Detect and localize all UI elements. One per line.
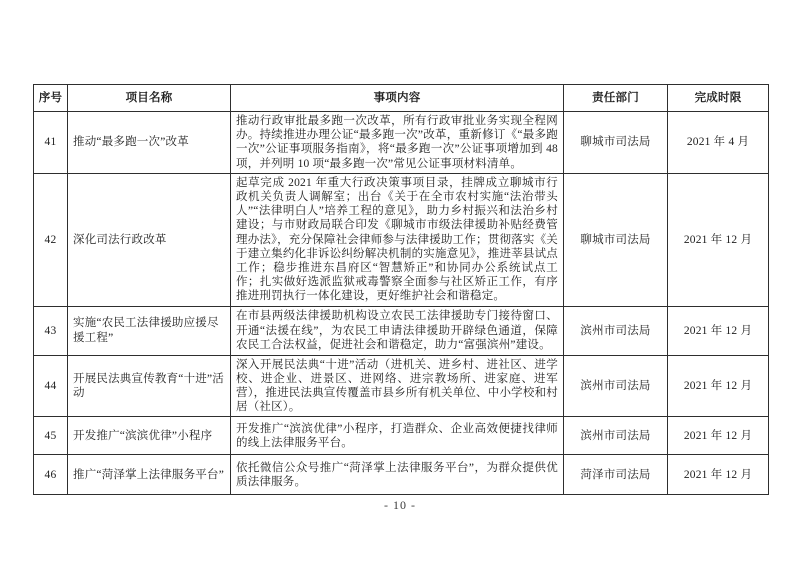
page-number: - 10 -	[0, 498, 800, 513]
header-序号: 序号	[34, 85, 68, 112]
row-number: 41	[34, 112, 68, 174]
item-content: 起草完成 2021 年重大行政决策事项目录，挂牌成立聊城市行政机关负责人调解室；…	[231, 173, 564, 306]
responsible-department: 滨州市司法局	[564, 417, 668, 455]
table-row: 44 开展民法典宣传教育“十进”活动 深入开展民法典“十进”活动（进机关、进乡村…	[34, 355, 769, 417]
responsible-department: 滨州市司法局	[564, 306, 668, 355]
row-number: 46	[34, 455, 68, 495]
project-name: 深化司法行政改革	[68, 173, 231, 306]
header-项目名称: 项目名称	[68, 85, 231, 112]
project-name: 推动“最多跑一次”改革	[68, 112, 231, 174]
completion-deadline: 2021 年 12 月	[668, 355, 769, 417]
header-事项内容: 事项内容	[231, 85, 564, 112]
table-row: 41 推动“最多跑一次”改革 推动行政审批最多跑一次改革，所有行政审批业务实现全…	[34, 112, 769, 174]
completion-deadline: 2021 年 4 月	[668, 112, 769, 174]
table-row: 42 深化司法行政改革 起草完成 2021 年重大行政决策事项目录，挂牌成立聊城…	[34, 173, 769, 306]
responsible-department: 菏泽市司法局	[564, 455, 668, 495]
table-row: 43 实施“农民工法律援助应援尽援工程” 在市县两级法律援助机构设立农民工法律援…	[34, 306, 769, 355]
table-header-row: 序号 项目名称 事项内容 责任部门 完成时限	[34, 85, 769, 112]
item-content: 在市县两级法律援助机构设立农民工法律援助专门接待窗口、开通“法援在线”，为农民工…	[231, 306, 564, 355]
row-number: 45	[34, 417, 68, 455]
projects-table: 序号 项目名称 事项内容 责任部门 完成时限 41 推动“最多跑一次”改革 推动…	[33, 84, 769, 495]
completion-deadline: 2021 年 12 月	[668, 455, 769, 495]
row-number: 44	[34, 355, 68, 417]
document-page: 序号 项目名称 事项内容 责任部门 完成时限 41 推动“最多跑一次”改革 推动…	[0, 0, 800, 565]
project-name: 开展民法典宣传教育“十进”活动	[68, 355, 231, 417]
completion-deadline: 2021 年 12 月	[668, 306, 769, 355]
completion-deadline: 2021 年 12 月	[668, 173, 769, 306]
item-content: 深入开展民法典“十进”活动（进机关、进乡村、进社区、进学校、进企业、进景区、进网…	[231, 355, 564, 417]
header-完成时限: 完成时限	[668, 85, 769, 112]
project-name: 推广“菏泽掌上法律服务平台”	[68, 455, 231, 495]
table-row: 45 开发推广“滨滨优律”小程序 开发推广“滨滨优律”小程序，打造群众、企业高效…	[34, 417, 769, 455]
item-content: 依托微信公众号推广“菏泽掌上法律服务平台”，为群众提供优质法律服务。	[231, 455, 564, 495]
responsible-department: 聊城市司法局	[564, 112, 668, 174]
row-number: 42	[34, 173, 68, 306]
completion-deadline: 2021 年 12 月	[668, 417, 769, 455]
project-name: 实施“农民工法律援助应援尽援工程”	[68, 306, 231, 355]
responsible-department: 聊城市司法局	[564, 173, 668, 306]
row-number: 43	[34, 306, 68, 355]
responsible-department: 滨州市司法局	[564, 355, 668, 417]
item-content: 推动行政审批最多跑一次改革，所有行政审批业务实现全程网办。持续推进办理公证“最多…	[231, 112, 564, 174]
header-责任部门: 责任部门	[564, 85, 668, 112]
project-name: 开发推广“滨滨优律”小程序	[68, 417, 231, 455]
table-row: 46 推广“菏泽掌上法律服务平台” 依托微信公众号推广“菏泽掌上法律服务平台”，…	[34, 455, 769, 495]
item-content: 开发推广“滨滨优律”小程序，打造群众、企业高效便捷找律师的线上法律服务平台。	[231, 417, 564, 455]
